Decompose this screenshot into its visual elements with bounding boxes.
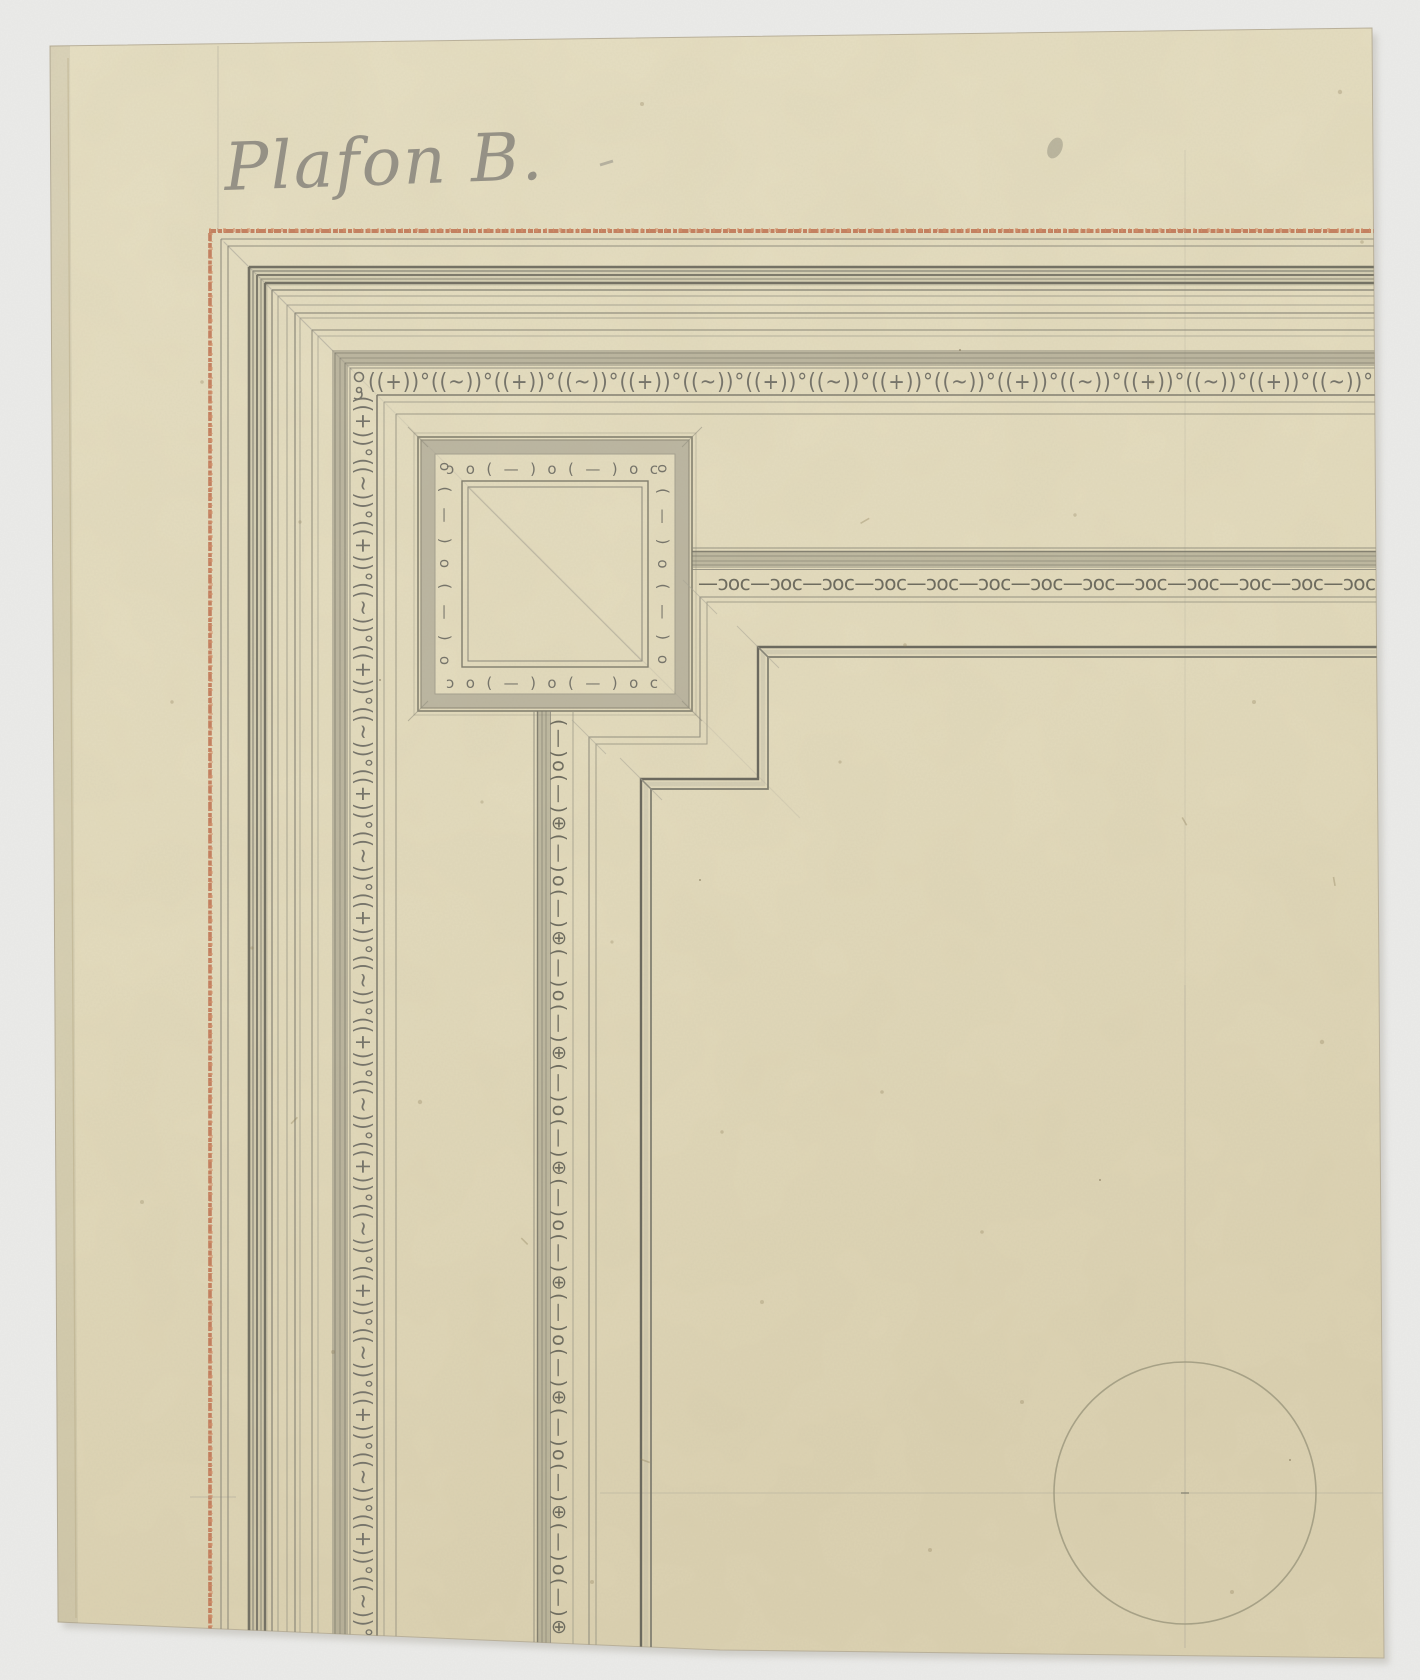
- scanned-drawing-canvas: Plafon B.: [0, 0, 1420, 1680]
- rib-vertical-ornament: (—)o(—)⊕(—)o(—)⊕(—)o(—)⊕(—)o(—)⊕(—)o(—)⊕…: [548, 719, 570, 1637]
- coffer-ornament-right: o(—)o(—)o: [654, 464, 672, 666]
- coffer-ornament-left: o(—)o(—)o: [436, 462, 454, 667]
- rib-band-vertical: (—)o(—)⊕(—)o(—)⊕(—)o(—)⊕(—)o(—)⊕(—)o(—)⊕…: [534, 711, 573, 1650]
- paper-texture: [0, 0, 1420, 1680]
- ceiling-design-drawing: Plafon B.: [0, 0, 1420, 1680]
- title-inscription-text: Plafon B.: [222, 118, 545, 206]
- frieze-band-top: ((+))°((~))°((+))°((~))°((+))°((~))°((+)…: [332, 350, 1385, 395]
- frieze-top-ornament: ((+))°((~))°((+))°((~))°((+))°((~))°((+)…: [368, 370, 1374, 395]
- rib-horizontal-ornament: —ɔoc—ɔoc—ɔoc—ɔoc—ɔoc—ɔoc—ɔoc—ɔoc—ɔoc—ɔoc…: [698, 571, 1378, 595]
- frieze-band-left: ((+))°((~))°((+))°((~))°((+))°((~))°((+)…: [332, 350, 377, 1650]
- frieze-left-ornament: ((+))°((~))°((+))°((~))°((+))°((~))°((+)…: [350, 396, 375, 1638]
- rib-band-horizontal: —ɔoc—ɔoc—ɔoc—ɔoc—ɔoc—ɔoc—ɔoc—ɔoc—ɔoc—ɔoc…: [692, 548, 1385, 595]
